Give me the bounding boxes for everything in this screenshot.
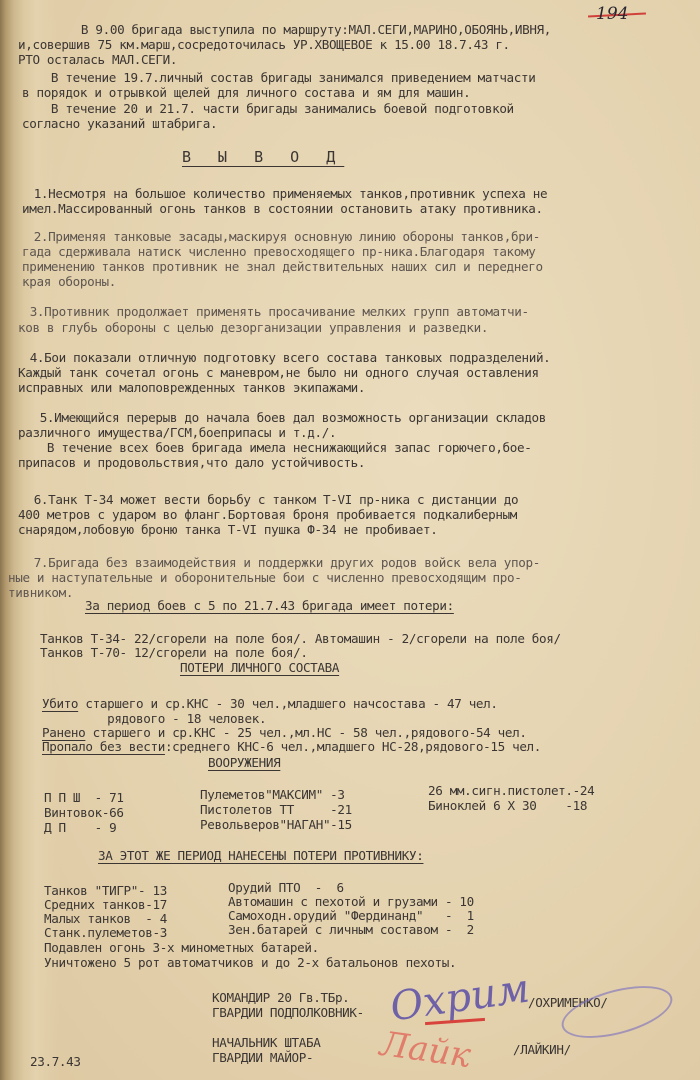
- intro-line: и,совершив 75 км.марш,сосредоточилась УР…: [18, 37, 510, 52]
- enemy-loss-item: Танков "ТИГР"- 13: [44, 883, 167, 898]
- intro-line: согласно указаний штабрига.: [22, 116, 217, 131]
- conclusion-line: 7.Бригада без взаимодействия и поддержки…: [12, 555, 540, 570]
- conclusion-line: имел.Массированный огонь танков в состоя…: [22, 201, 543, 216]
- conclusion-line: 5.Имеющийся перерыв до начала боев дал в…: [18, 410, 546, 425]
- conclusion-line: различного имущества/ГСМ,боеприпасы и т.…: [18, 425, 336, 440]
- enemy-loss-item: Автомашин с пехотой и грузами - 10: [228, 894, 474, 909]
- intro-line: В течение 19.7.личный состав бригады зан…: [22, 70, 535, 85]
- intro-line: В 9.00 бригада выступила по маршруту:МАЛ…: [52, 22, 551, 37]
- conclusion-line: 4.Бои показали отличную подготовку всего…: [8, 350, 550, 365]
- enemy-extra: Подавлен огонь 3-х минометных батарей.: [44, 940, 319, 955]
- enemy-loss-item: Зен.батарей с личным составом - 2: [228, 922, 474, 937]
- conclusion-line: 3.Противник продолжает применять просачи…: [8, 304, 529, 319]
- chief-name: /ЛАЙКИН/: [513, 1042, 571, 1057]
- conclusion-line: применению танков противник не знал дейс…: [22, 259, 543, 274]
- intro-line: В течение 20 и 21.7. части бригады заним…: [22, 101, 514, 116]
- document-date: 23.7.43: [30, 1054, 81, 1069]
- conclusion-line: ков в глубь обороны с целью дезорганизац…: [18, 320, 488, 335]
- conclusion-line: 1.Несмотря на большое количество применя…: [12, 186, 547, 201]
- conclusion-line: Каждый танк сочетал огонь с маневром,не …: [18, 365, 539, 380]
- conclusion-line: припасов и продовольствия,что дало устой…: [18, 455, 365, 470]
- wounded-row: Ранено старшего и ср.КНС - 25 чел.,мл.НС…: [42, 725, 527, 740]
- armament-item: Биноклей 6 Х 30 -18: [428, 798, 587, 813]
- enemy-loss-item: Самоходн.орудий "Фердинанд" - 1: [228, 908, 474, 923]
- killed-text: старшего и ср.КНС - 30 чел.,младшего нач…: [78, 696, 497, 711]
- armament-item: Винтовок-66: [44, 805, 124, 820]
- losses-header: За период боев с 5 по 21.7.43 бригада им…: [85, 598, 454, 613]
- commander-title: КОМАНДИР 20 Гв.ТБр.: [212, 990, 349, 1005]
- intro-line: в порядок и отрывкой щелей для личного с…: [22, 85, 470, 100]
- tank-loss-line: Танков Т-70- 12/сгорели на поле боя/.: [40, 645, 308, 660]
- enemy-loss-item: Станк.пулеметов-3: [44, 925, 167, 940]
- enemy-extra: Уничтожено 5 рот автоматчиков и до 2-х б…: [44, 955, 456, 970]
- killed-row-2: рядового - 18 человек.: [42, 711, 266, 726]
- intro-line: РТО осталась МАЛ.СЕГИ.: [18, 52, 177, 67]
- tank-loss-line: Танков Т-34- 22/сгорели на поле боя/. Ав…: [40, 631, 561, 646]
- conclusion-line: 2.Применяя танковые засады,маскируя осно…: [12, 229, 540, 244]
- killed-row: Убито старшего и ср.КНС - 30 чел.,младше…: [42, 696, 498, 711]
- conclusion-line: тивником.: [8, 585, 73, 600]
- armament-item: 26 мм.сигн.пистолет.-24: [428, 783, 594, 798]
- page-number: 194: [596, 4, 628, 24]
- commander-rank: ГВАРДИИ ПОДПОЛКОВНИК-: [212, 1005, 364, 1020]
- chief-rank: ГВАРДИИ МАЙОР-: [212, 1050, 313, 1065]
- missing-row: Пропало без вести:среднего КНС-6 чел.,мл…: [42, 739, 541, 754]
- killed-label: Убито: [42, 696, 78, 711]
- conclusion-line: исправных или малоповрежденных танков эк…: [18, 380, 365, 395]
- enemy-losses-title: ЗА ЭТОТ ЖЕ ПЕРИОД НАНЕСЕНЫ ПОТЕРИ ПРОТИВ…: [98, 848, 423, 863]
- conclusion-line: ные и наступательные и оборонительные бо…: [8, 570, 521, 585]
- missing-label: Пропало без вести: [42, 739, 165, 754]
- conclusion-line: В течение всех боев бригада имела несниж…: [18, 440, 531, 455]
- armament-title: ВООРУЖЕНИЯ: [208, 755, 280, 770]
- armament-item: Д П - 9: [44, 820, 116, 835]
- conclusion-line: 6.Танк Т-34 может вести борьбу с танком …: [12, 492, 518, 507]
- armament-item: П П Ш - 71: [44, 790, 124, 805]
- armament-item: Пулеметов"МАКСИМ" -3: [200, 787, 345, 802]
- conclusion-line: снарядом,лобовую броню танка Т-VI пушка …: [18, 522, 437, 537]
- wounded-text: старшего и ср.КНС - 25 чел.,мл.НС - 58 ч…: [85, 725, 526, 740]
- conclusion-line: гада сдерживала натиск численно превосхо…: [22, 244, 535, 259]
- armament-item: Пистолетов ТТ -21: [200, 802, 352, 817]
- section-title: В Ы В О Д: [182, 150, 344, 165]
- armament-item: Револьверов"НАГАН"-15: [200, 817, 352, 832]
- missing-text: :среднего КНС-6 чел.,младшего НС-28,рядо…: [165, 739, 541, 754]
- personnel-title: ПОТЕРИ ЛИЧНОГО СОСТАВА: [180, 660, 339, 675]
- wounded-label: Ранено: [42, 725, 85, 740]
- enemy-loss-item: Средних танков-17: [44, 897, 167, 912]
- chief-title: НАЧАЛЬНИК ШТАБА: [212, 1035, 320, 1050]
- conclusion-line: края обороны.: [22, 274, 116, 289]
- enemy-loss-item: Малых танков - 4: [44, 911, 167, 926]
- conclusion-line: 400 метров с ударом во фланг.Бортовая бр…: [18, 507, 517, 522]
- enemy-loss-item: Орудий ПТО - 6: [228, 880, 344, 895]
